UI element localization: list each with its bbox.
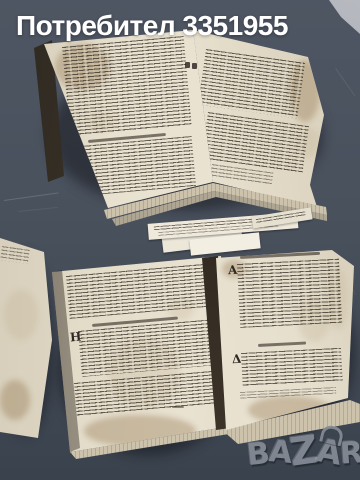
gutter-mark [192,63,197,69]
text-block [0,246,30,264]
section-heading [258,341,306,347]
text-block [78,319,219,377]
text-block [198,49,305,118]
user-overlay-label: Потребител 3351955 [16,10,288,42]
scratch-line [335,68,355,96]
catchword-mark [172,406,184,408]
scratch-line [18,207,58,212]
text-block [62,36,192,136]
text-block [74,371,218,417]
text-block [241,348,343,387]
bazar-watermark: B A Z A R [247,430,360,476]
text-block [237,259,342,328]
listing-photo: Α Η [0,0,360,480]
section-heading [240,252,320,259]
watermark-letter: R [339,435,360,472]
scratch-line [4,192,59,201]
gutter-mark [185,62,190,68]
